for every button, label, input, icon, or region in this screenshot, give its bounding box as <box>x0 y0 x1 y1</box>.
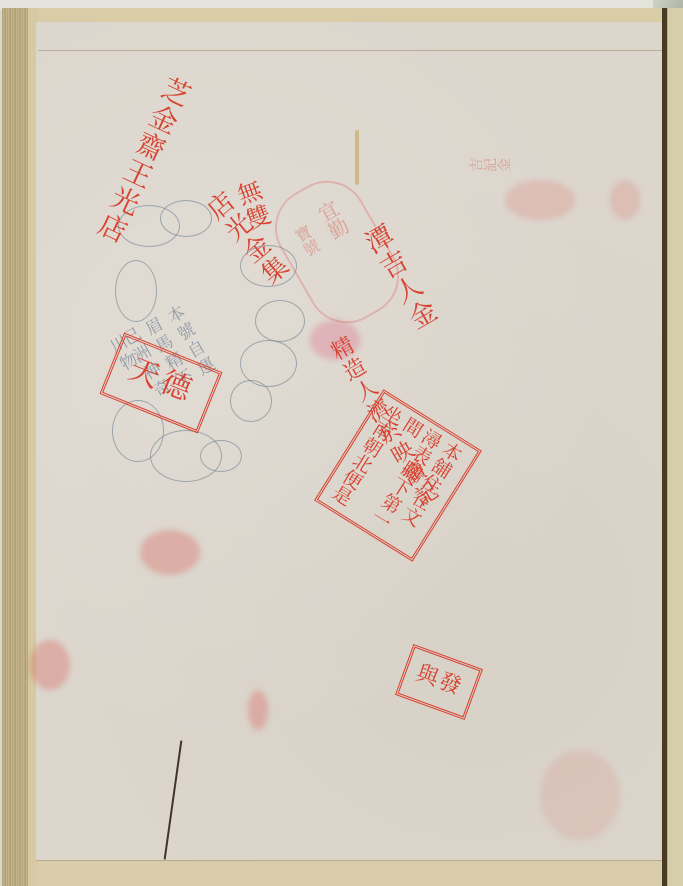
paper-fold-line <box>38 50 662 51</box>
bottom-cover-band <box>36 860 662 886</box>
red-sketch-stain <box>540 750 620 840</box>
red-stain <box>140 530 200 575</box>
book-spine-pages <box>2 8 28 886</box>
red-stain <box>505 180 575 220</box>
faint-seal-text: 吉記金 <box>469 156 511 176</box>
red-stain <box>248 690 268 730</box>
red-stain <box>610 180 640 220</box>
red-stain <box>30 640 70 690</box>
cover-top-edge <box>38 8 670 22</box>
cover-right-strip <box>667 8 683 886</box>
string-tie-mark <box>355 130 359 185</box>
